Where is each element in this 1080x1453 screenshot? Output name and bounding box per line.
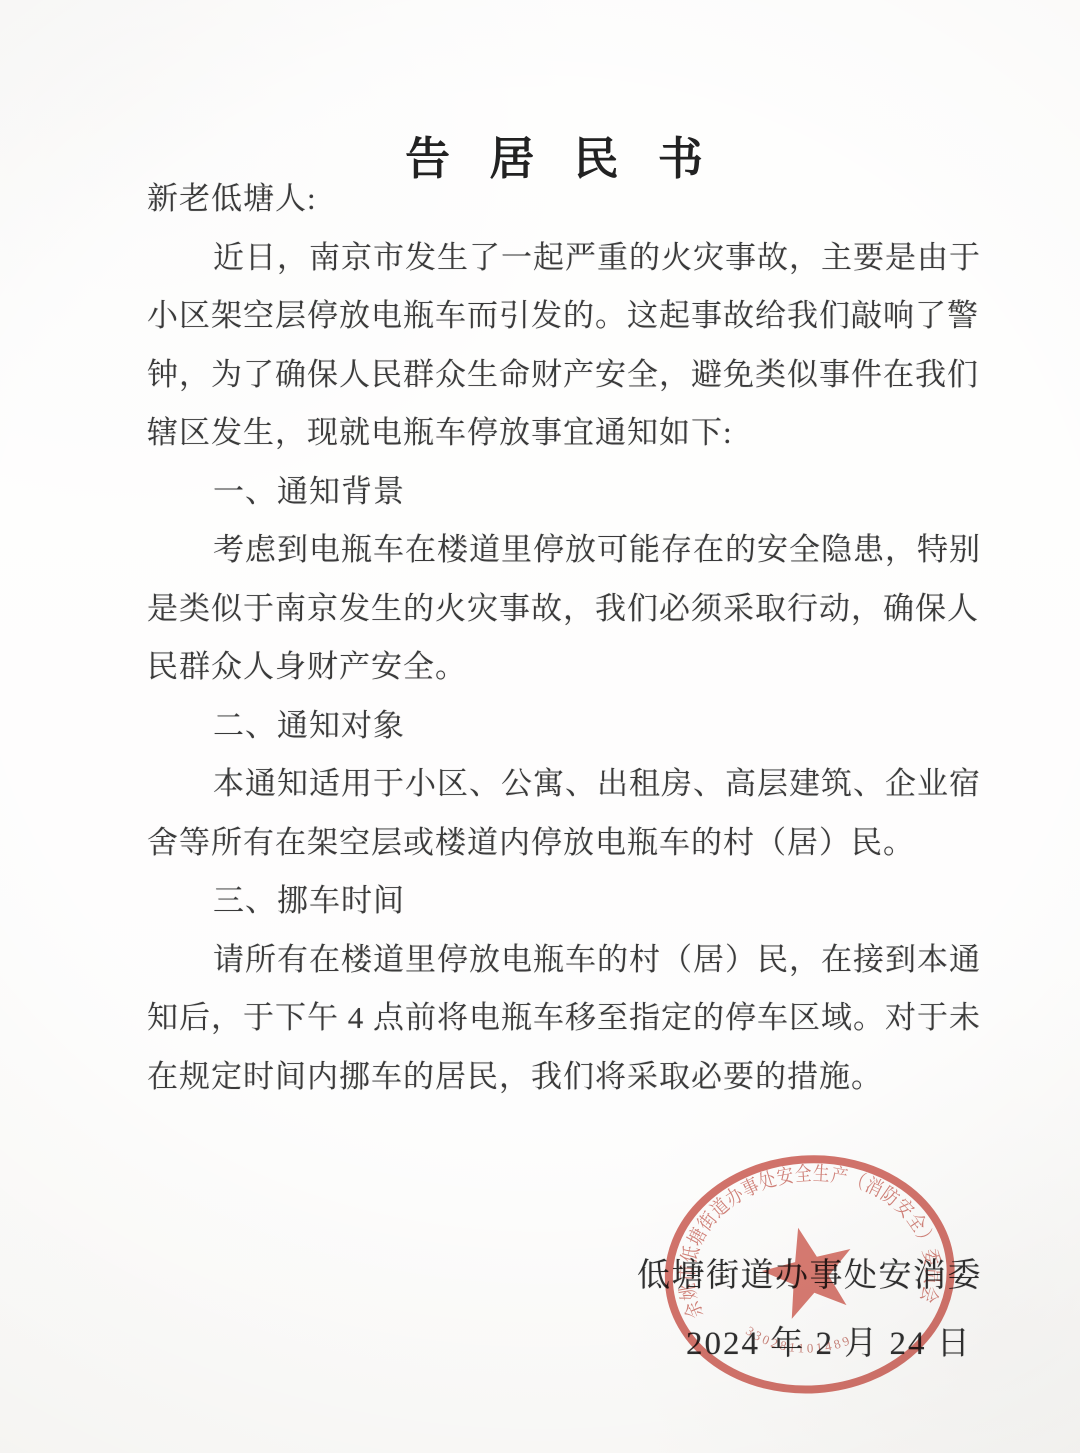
body-line: 小区架空层停放电瓶车而引发的。这起事故给我们敲响了警: [147, 287, 977, 346]
section-heading-2: 二、通知对象: [147, 697, 977, 756]
salutation: 新老低塘人:: [147, 170, 977, 229]
body-line: 民群众人身财产安全。: [147, 638, 977, 697]
body-line: 本通知适用于小区、公寓、出租房、高层建筑、企业宿: [147, 755, 977, 814]
body-line: 钟，为了确保人民群众生命财产安全，避免类似事件在我们: [147, 346, 977, 405]
body-line: 是类似于南京发生的火灾事故，我们必须采取行动，确保人: [147, 580, 977, 639]
body-line: 知后，于下午 4 点前将电瓶车移至指定的停车区域。对于未: [147, 989, 977, 1048]
body-line: 舍等所有在架空层或楼道内停放电瓶车的村（居）民。: [147, 814, 977, 873]
body-line: 请所有在楼道里停放电瓶车的村（居）民，在接到本通: [147, 931, 977, 990]
body-line: 辖区发生，现就电瓶车停放事宜通知如下:: [147, 404, 977, 463]
seal-star-icon: [754, 1217, 863, 1323]
svg-text:330281101489: 330281101489: [742, 1316, 854, 1360]
body-line: 在规定时间内挪车的居民，我们将采取必要的措施。: [147, 1048, 977, 1107]
section-heading-1: 一、通知背景: [147, 463, 977, 522]
body-line: 近日，南京市发生了一起严重的火灾事故，主要是由于: [147, 229, 977, 288]
section-heading-3: 三、挪车时间: [147, 872, 977, 931]
notice-document-page: 告 居 民 书 新老低塘人: 近日，南京市发生了一起严重的火灾事故，主要是由于 …: [0, 0, 1080, 1453]
official-seal: 余姚市低塘街道办事处安全生产（消防安全）委员会 330281101489: [656, 1138, 973, 1418]
body-line: 考虑到电瓶车在楼道里停放可能存在的安全隐患，特别: [147, 521, 977, 580]
document-body: 新老低塘人: 近日，南京市发生了一起严重的火灾事故，主要是由于 小区架空层停放电…: [147, 170, 977, 1106]
seal-serial-number: 330281101489: [742, 1316, 854, 1360]
